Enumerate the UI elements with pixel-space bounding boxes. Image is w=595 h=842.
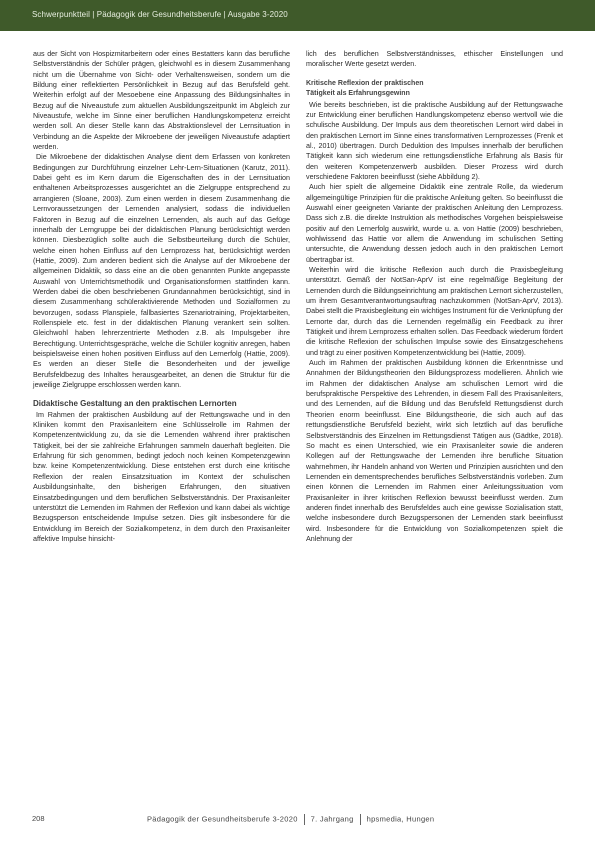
page-footer: 208 Pädagogik der Gesundheitsberufe 3-20… (32, 814, 562, 826)
footer-divider (360, 814, 361, 825)
page-number: 208 (32, 814, 45, 823)
footer-journal: Pädagogik der Gesundheitsberufe 3-2020 (147, 814, 298, 823)
left-column: aus der Sicht von Hospizmitarbeitern ode… (33, 49, 290, 544)
body-paragraph-continuation: lich des beruflichen Selbstverständnisse… (306, 49, 563, 70)
subsection-heading: Kritische Reflexion der praktischen Täti… (306, 79, 563, 100)
body-paragraph: Weiterhin wird die kritische Reflexion a… (306, 265, 563, 358)
footer-citation: Pädagogik der Gesundheitsberufe 3-20207.… (147, 814, 434, 825)
body-paragraph: aus der Sicht von Hospizmitarbeitern ode… (33, 49, 290, 152)
body-paragraph: Auch im Rahmen der praktischen Ausbildun… (306, 358, 563, 544)
footer-divider (304, 814, 305, 825)
body-paragraph: Im Rahmen der praktischen Ausbildung auf… (33, 410, 290, 544)
body-paragraph: Die Mikroebene der didaktischen Analyse … (33, 152, 290, 390)
right-column: lich des beruflichen Selbstverständnisse… (306, 49, 563, 544)
body-paragraph: Auch hier spielt die allgemeine Didaktik… (306, 182, 563, 265)
body-paragraph: Wie bereits beschrieben, ist die praktis… (306, 100, 563, 183)
subsection-heading-line-1: Kritische Reflexion der praktischen (306, 80, 423, 87)
footer-publisher: hpsmedia, Hungen (367, 814, 435, 823)
subsection-heading-line-2: Tätigkeit als Erfahrungsgewinn (306, 90, 410, 97)
running-header-title: Schwerpunktteil | Pädagogik der Gesundhe… (32, 10, 288, 19)
running-header-bar: Schwerpunktteil | Pädagogik der Gesundhe… (0, 0, 595, 31)
footer-volume: 7. Jahrgang (311, 814, 354, 823)
section-heading: Didaktische Gestaltung an den praktische… (33, 399, 290, 409)
